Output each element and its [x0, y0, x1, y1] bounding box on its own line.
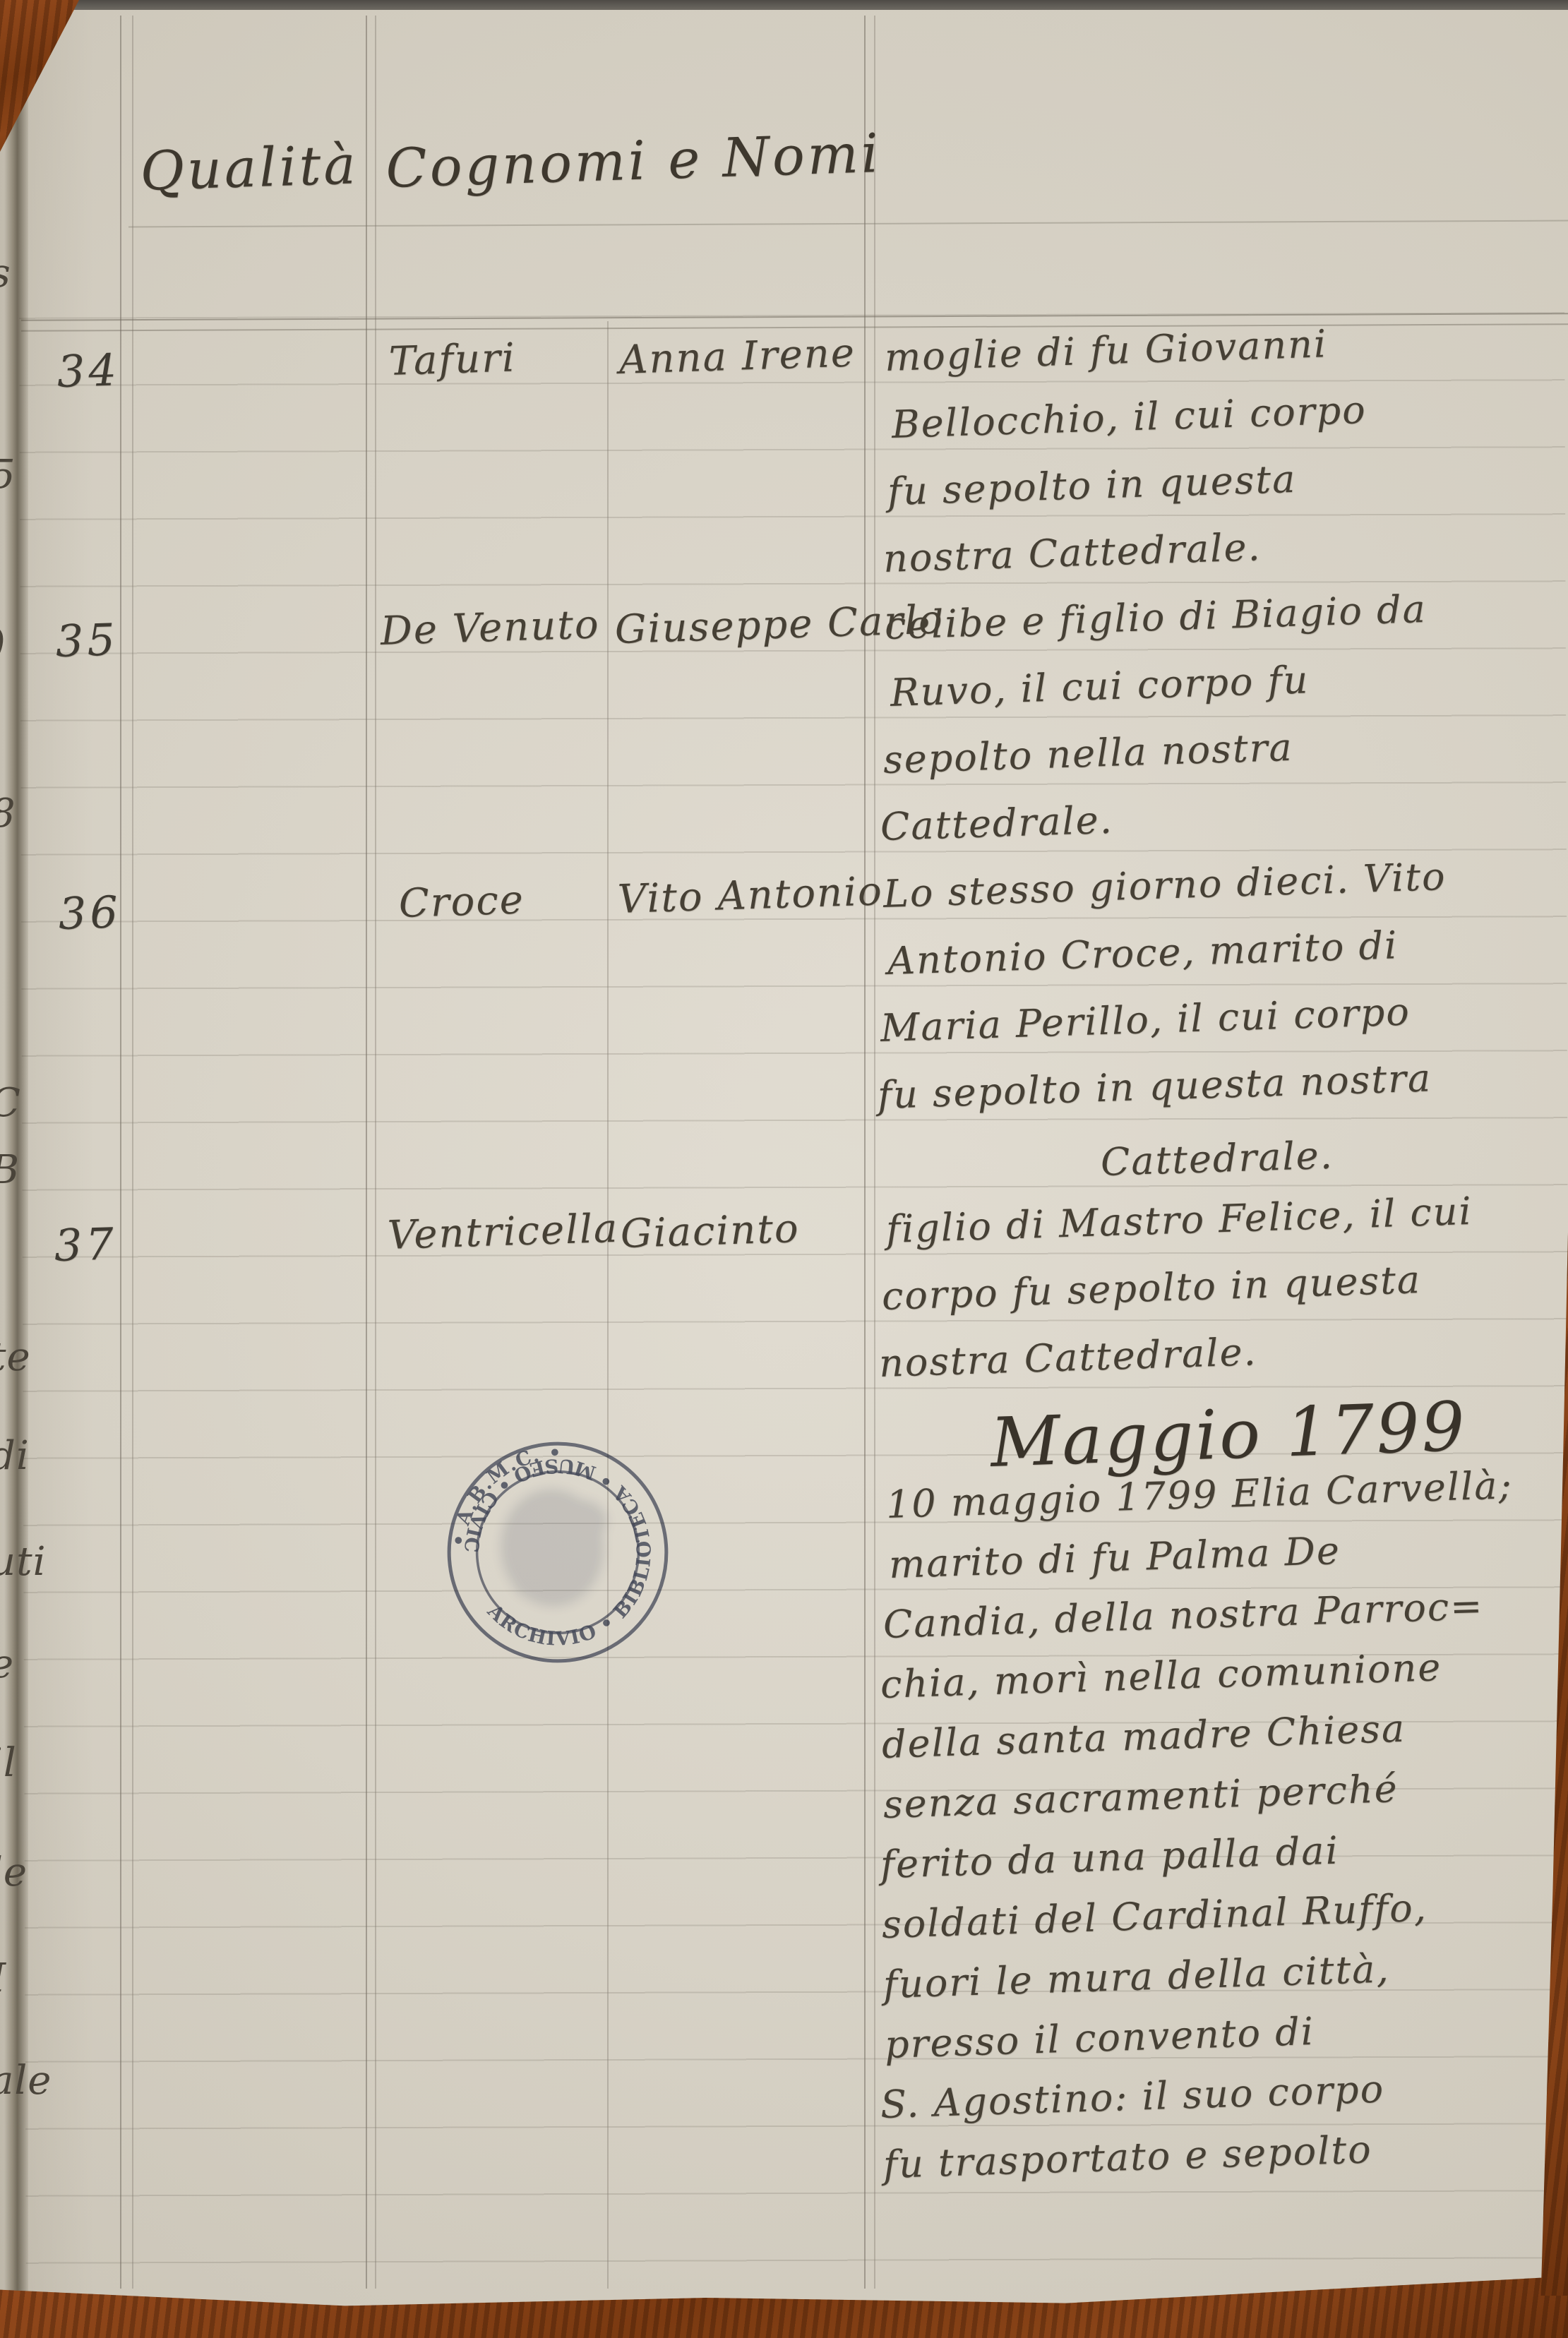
margin-fragment: . [0, 911, 4, 957]
entry-firstname: Giacinto [620, 1206, 801, 1257]
column-line-qualita-a [366, 16, 367, 2289]
column-header-cognomi-nomi: Cognomi e Nomi [385, 121, 882, 200]
entry-number: 35 [55, 613, 119, 667]
header-underline [128, 220, 1568, 228]
entry-surname: Croce [398, 877, 525, 927]
archive-stamp: • A.B.M.C. • ARCHIVIO • BIBLIOTECA • MUS… [432, 1427, 683, 1678]
entry-surname: De Venuto [380, 601, 601, 654]
margin-fragment: e [0, 1641, 14, 1687]
column-line-notes-b [874, 16, 875, 2289]
stamp-center-emblem-icon [497, 1485, 613, 1609]
margin-fragment: il [0, 1740, 17, 1786]
column-line-cognome-nome [607, 321, 609, 2289]
margin-fragment: B [0, 1147, 20, 1193]
margin-fragment: ale [0, 2058, 52, 2104]
column-line-ordine-a [120, 16, 121, 2289]
leather-binding-corner [0, 0, 79, 152]
entry-surname: Tafuri [388, 335, 517, 385]
margin-fragment: I [0, 1955, 6, 2001]
margin-fragment: uti [0, 1539, 46, 1585]
column-line-qualita-b [375, 16, 376, 2289]
margin-fragment: C [0, 1080, 21, 1126]
entry-surname: Ventricella [387, 1206, 619, 1259]
entry-number: 36 [58, 886, 122, 940]
entry-firstname: Vito Antonio [617, 868, 884, 923]
margin-fragment: le [0, 1850, 28, 1895]
note-line: Cattedrale. [880, 798, 1114, 849]
column-line-ordine-b [132, 16, 133, 2289]
register-page: Ordine numero Qualità Cognomi e Nomi 34 … [0, 0, 1568, 2338]
entry-number: 34 [56, 344, 121, 397]
margin-fragment: 5 [0, 452, 16, 498]
margin-fragment: te [0, 1334, 31, 1380]
entry-firstname: Anna Irene [618, 330, 856, 383]
photo-top-edge [0, 0, 1568, 10]
note-line: Cattedrale. [1100, 1133, 1334, 1185]
entry-number: 37 [54, 1218, 118, 1271]
margin-fragment: s [0, 251, 11, 296]
margin-fragment: 8 [0, 791, 16, 837]
margin-fragment: di [0, 1433, 30, 1479]
margin-fragment: ) [0, 621, 6, 667]
column-line-notes-a [864, 16, 866, 2289]
column-header-qualita: Qualità [139, 133, 359, 203]
